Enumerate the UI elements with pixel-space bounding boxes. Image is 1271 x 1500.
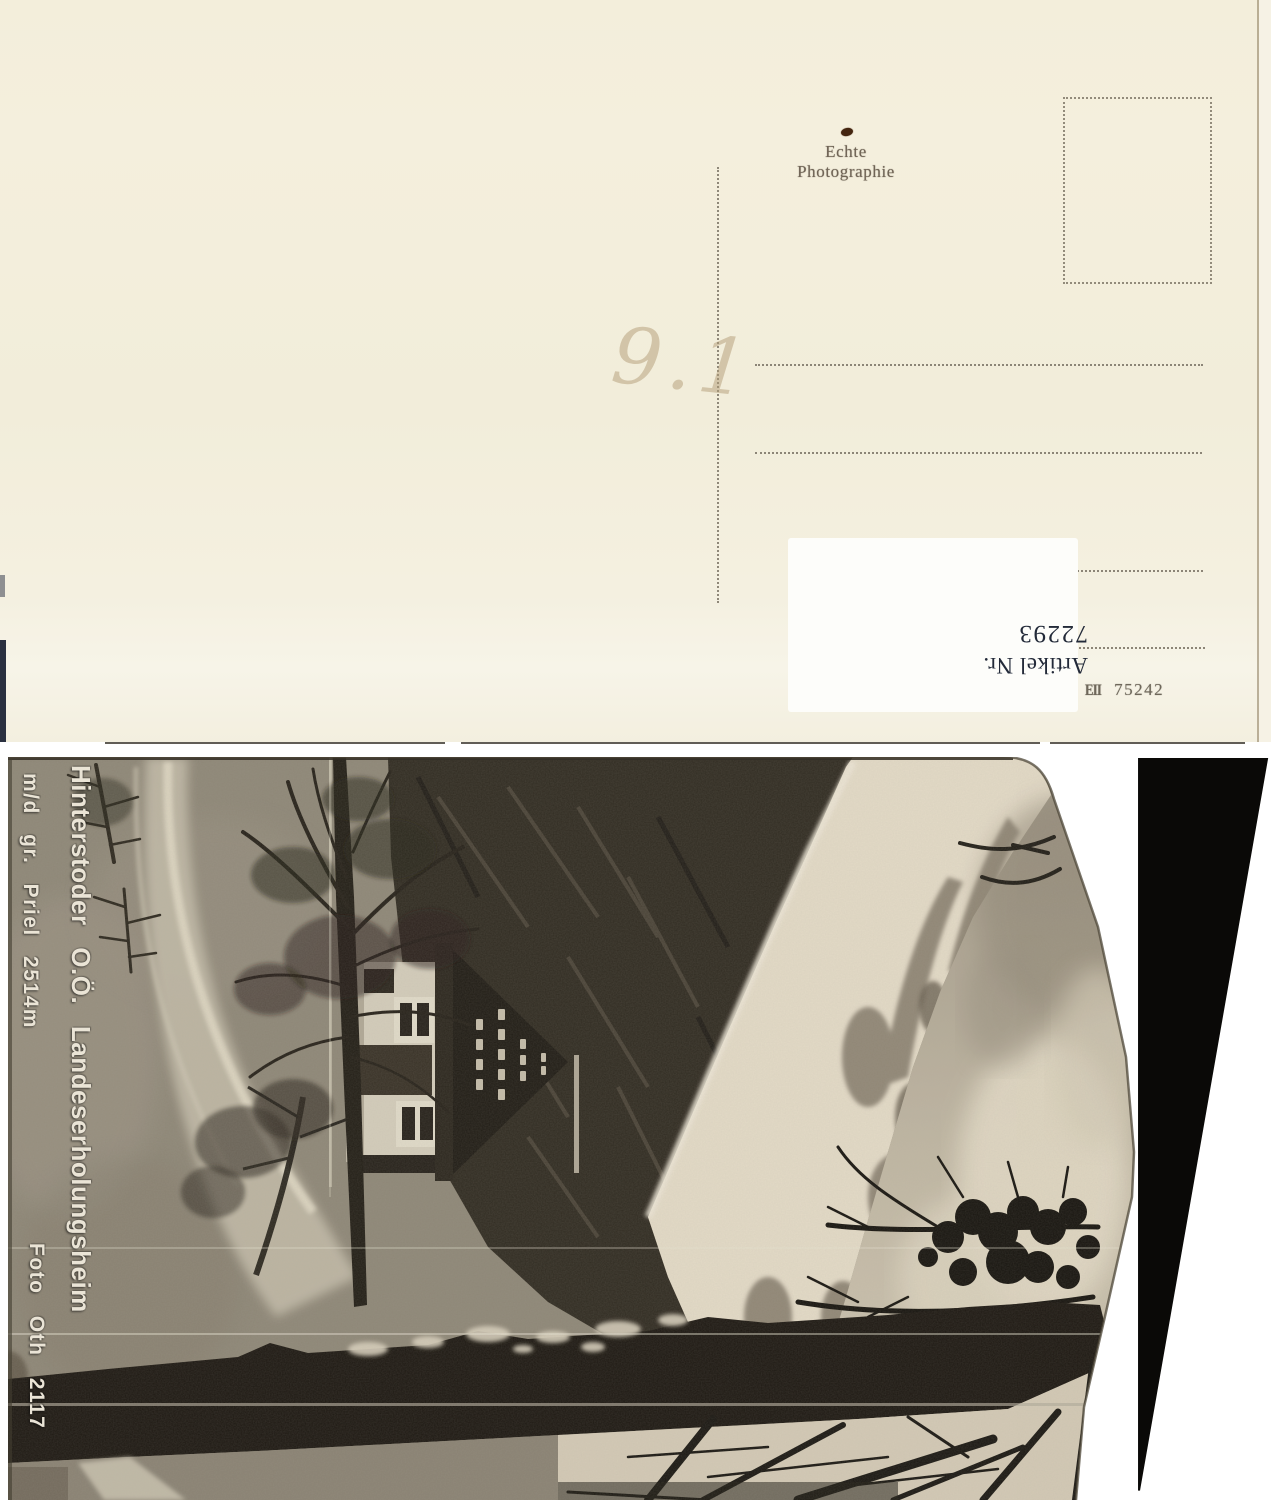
edge-gap: [1040, 742, 1050, 745]
article-number-label: Artikel Nr.: [918, 650, 1088, 680]
address-line: [755, 364, 1203, 366]
card-bottom-edge: [105, 742, 1245, 744]
photo-caption-title: Hinterstoder O.Ö. Landeserholungsheim: [66, 765, 96, 1313]
print-note-line2: Photographie: [778, 162, 914, 182]
photographer-credit: Foto Oth 2117: [22, 1243, 50, 1429]
photo-artwork: [8, 757, 1140, 1500]
print-note-line1: Echte: [778, 142, 914, 162]
card-right-edge-strip: [1259, 0, 1271, 742]
postcard-scan: Echte Photographie 9.1 Artikel Nr. 72293…: [0, 0, 1271, 1500]
postcard-photo: Hinterstoder O.Ö. Landeserholungsheim m/…: [8, 757, 1140, 1500]
address-line: [755, 452, 1202, 454]
publisher-number: 75242: [1114, 680, 1164, 700]
pencil-handwriting: 9.1: [608, 311, 759, 415]
publisher-mark: EII 75242: [1085, 680, 1164, 700]
ink-spot: [840, 127, 853, 137]
publisher-logo: EII: [1085, 682, 1101, 700]
card-right-edge-line: [1257, 0, 1259, 742]
stamp-box: [1063, 97, 1212, 284]
scan-edge-mark: [0, 575, 5, 597]
print-note: Echte Photographie: [778, 142, 914, 182]
postcard-back: Echte Photographie 9.1 Artikel Nr. 72293…: [0, 0, 1271, 742]
scan-edge-mark: [0, 640, 6, 742]
scan-artifact-wedge: [1130, 758, 1271, 1498]
edge-gap: [445, 742, 461, 745]
article-number-value: 72293: [918, 616, 1088, 650]
article-number-text: Artikel Nr. 72293: [918, 610, 1088, 680]
photo-caption-subtitle: m/d gr. Priel 2514m: [16, 773, 44, 1029]
